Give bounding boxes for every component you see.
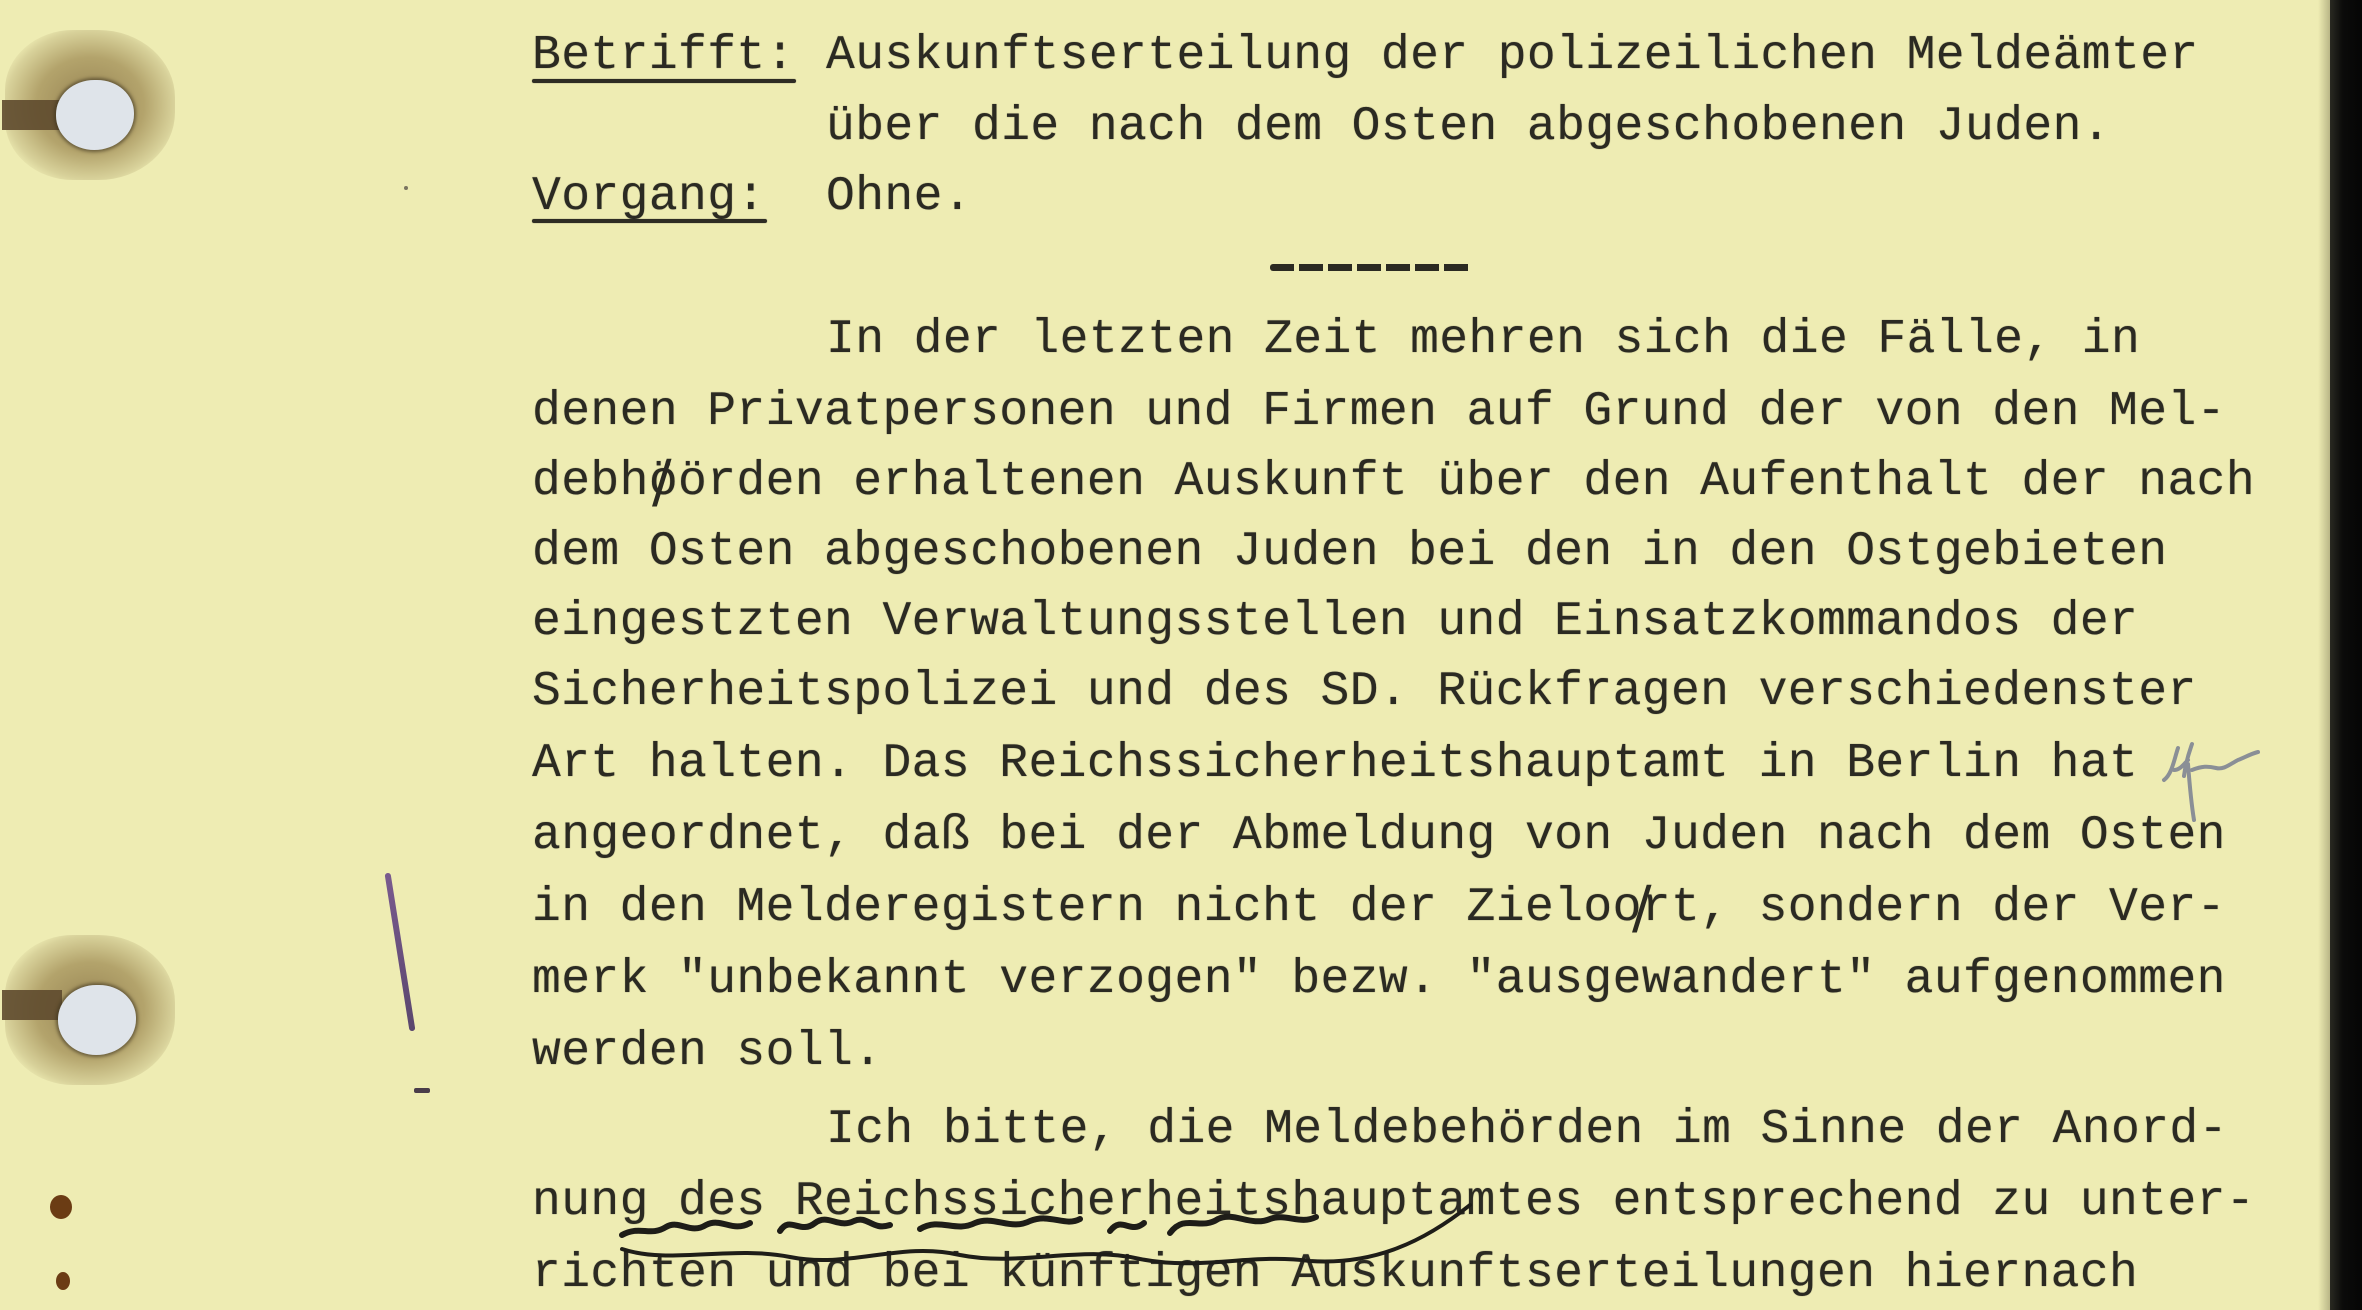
subject-label: Betrifft: [532,32,795,80]
reference-label-underline [532,219,767,223]
punch-hole-top [56,80,134,150]
scanner-background [2330,0,2362,1310]
margin-initials-annotation [2158,730,2268,830]
body-line: dem Osten abgeschobenen Juden bei den in… [532,528,2167,576]
punch-hole-rust-bottom [2,990,62,1020]
body-line: Sicherheitspolizei und des SD. Rückfrage… [532,668,2197,716]
body-line: Ich bitte, die Meldebehörden im Sinne de… [826,1106,2228,1154]
reference-label: Vorgang: [532,173,766,221]
overstrike-mark: / [1632,878,1652,936]
handwritten-insertion-annotation [610,1205,1490,1295]
overstrike-mark: / [652,452,672,510]
section-separator [1270,264,1473,271]
reference-value: Ohne. [826,173,972,221]
body-line: debhöörden erhaltenen Auskunft über den … [532,458,2255,506]
body-line: merk "unbekannt verzogen" bezw. "ausgewa… [532,956,2226,1004]
punch-hole-rust-top [2,100,62,130]
body-line: In der letzten Zeit mehren sich die Fäll… [826,316,2140,364]
body-line: in den Melderegistern nicht der Zieloort… [532,884,2226,932]
speck [404,186,408,190]
body-line: denen Privatpersonen und Firmen auf Grun… [532,388,2226,436]
margin-pencil-tick [414,1088,430,1093]
body-line: eingestzten Verwaltungsstellen und Einsa… [532,598,2138,646]
subject-line-1: Auskunftserteilung der polizeilichen Mel… [826,32,2199,80]
punch-hole-bottom [58,985,136,1055]
rust-spot [56,1272,70,1290]
body-line: werden soll. [532,1028,882,1076]
body-line: angeordnet, daß bei der Abmeldung von Ju… [532,812,2226,860]
rust-spot [50,1195,72,1219]
subject-label-underline [532,79,796,83]
subject-line-2: über die nach dem Osten abgeschobenen Ju… [826,103,2111,151]
body-line: Art halten. Das Reichssicherheitshauptam… [532,740,2138,788]
